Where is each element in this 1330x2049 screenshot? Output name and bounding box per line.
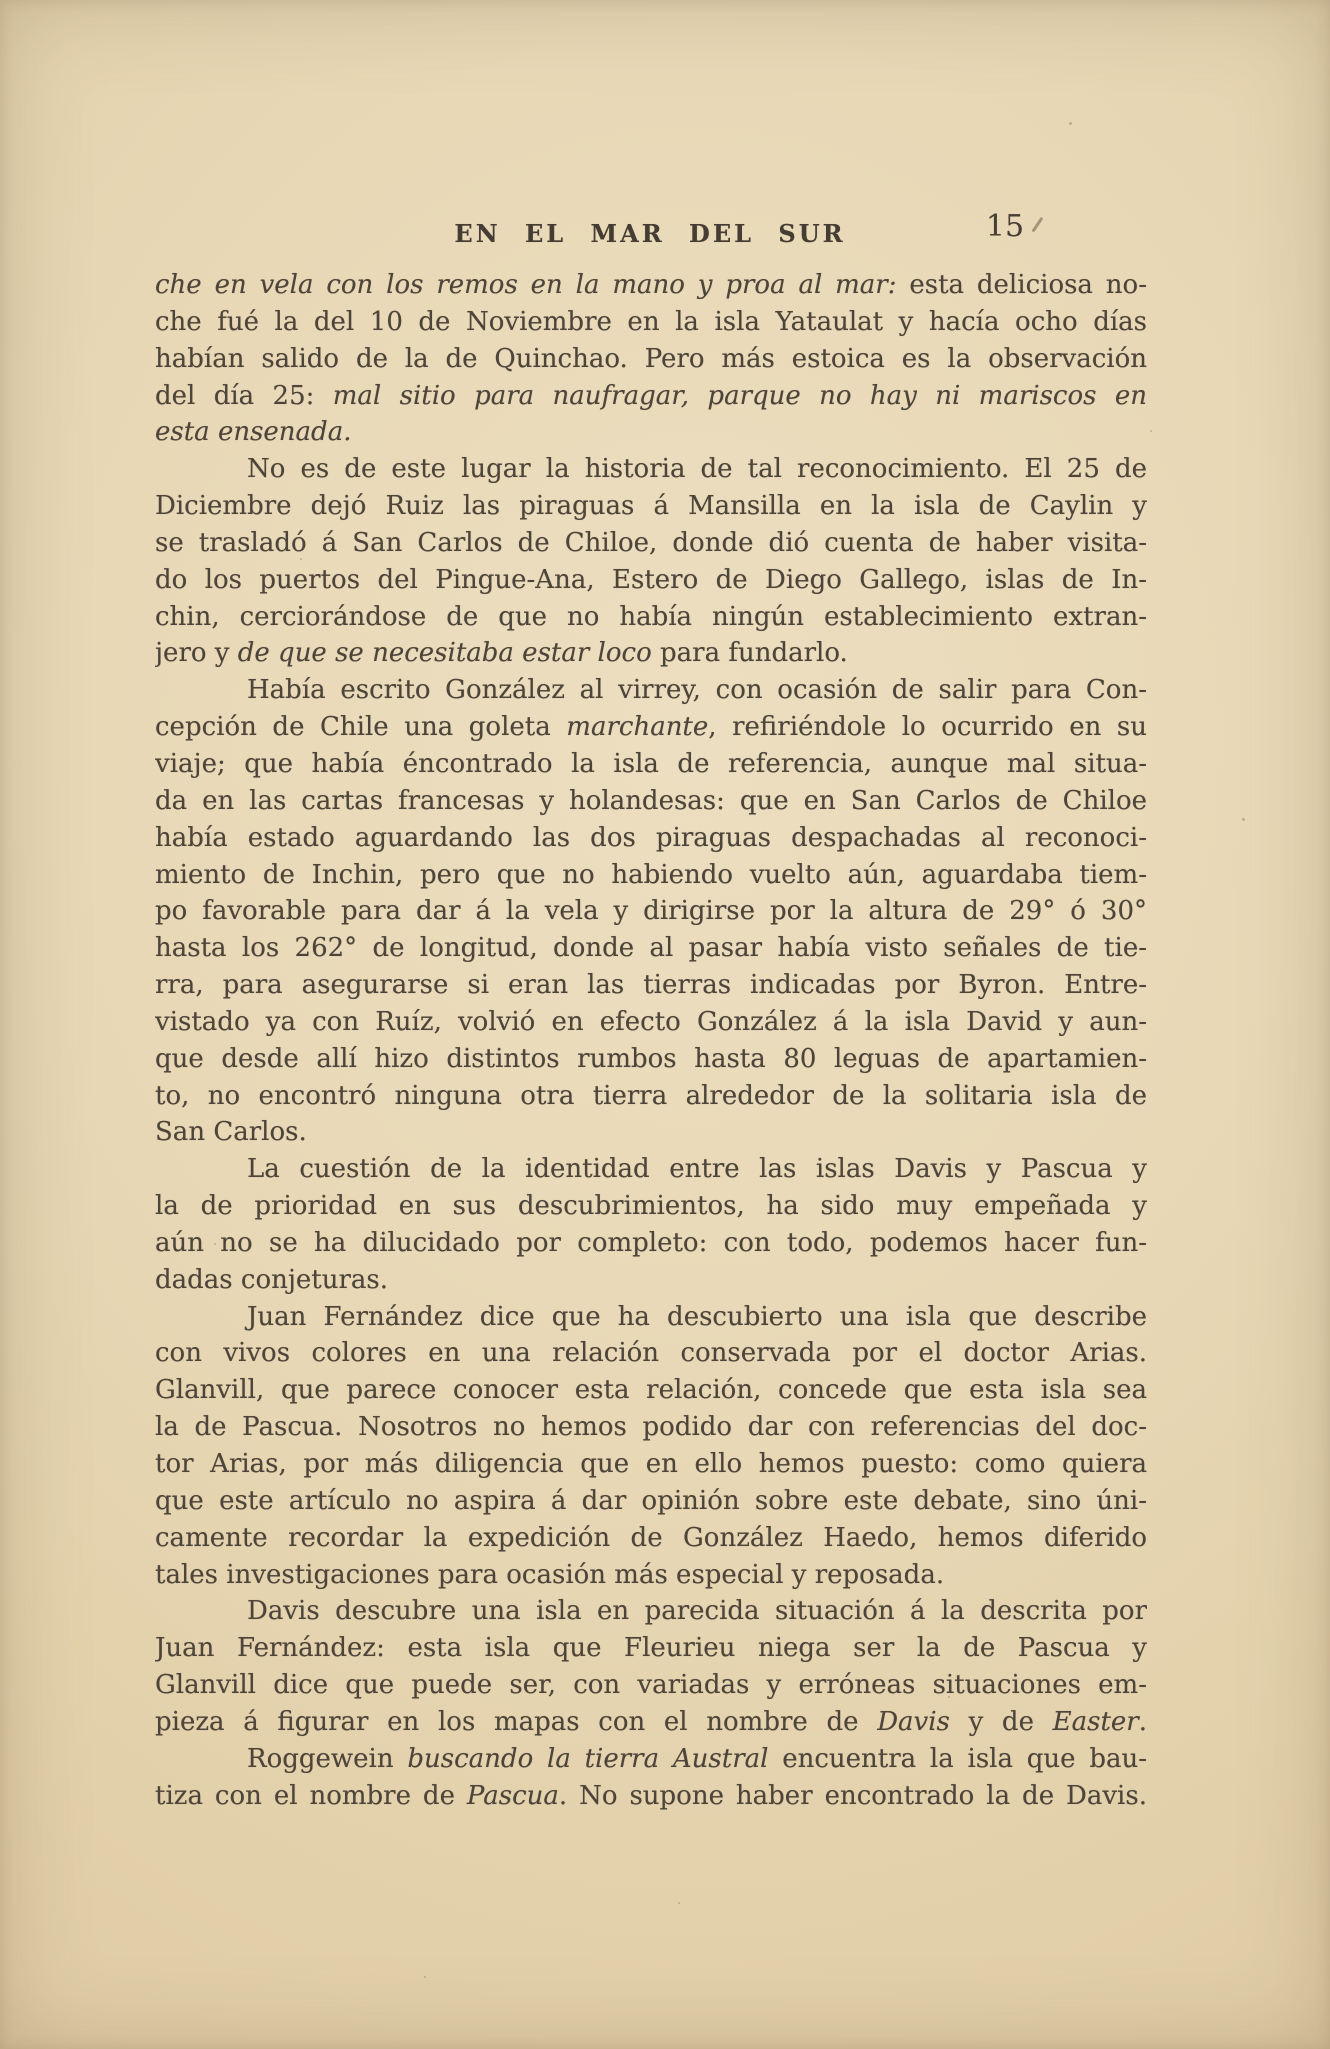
text-segment: se trasladó á San Carlos de Chiloe, dond…	[155, 528, 1147, 558]
text-segment: miento de Inchin, pero que no habiendo v…	[155, 860, 1147, 890]
text-line: Había escrito González al virrey, con oc…	[155, 672, 1147, 709]
italic-text-segment: Easter	[1053, 1707, 1139, 1737]
text-line: la de Pascua. Nosotros no hemos podido d…	[155, 1409, 1147, 1446]
text-segment: Glanvill, que parece conocer esta relaci…	[155, 1375, 1147, 1405]
text-line: che fué la del 10 de Noviembre en la isl…	[155, 304, 1147, 341]
text-segment: pieza á figurar en los mapas con el nomb…	[155, 1707, 877, 1737]
text-line: Glanvill dice que puede ser, con variada…	[155, 1667, 1147, 1704]
text-line: jero y de que se necesitaba estar loco p…	[155, 635, 1147, 672]
text-line: to, no encontró ninguna otra tierra alre…	[155, 1078, 1147, 1115]
text-segment: vistado ya con Ruíz, volvió en efecto Go…	[155, 1007, 1147, 1037]
paper-speck	[214, 1243, 216, 1245]
italic-text-segment: esta ensenada.	[155, 417, 351, 447]
text-line: que este artículo no aspira á dar opinió…	[155, 1483, 1147, 1520]
text-line: la de prioridad en sus descubrimientos, …	[155, 1188, 1147, 1225]
text-line: tiza con el nombre de Pascua. No supone …	[155, 1778, 1147, 1815]
text-segment: la de Pascua. Nosotros no hemos podido d…	[155, 1412, 1147, 1442]
text-segment: No es de este lugar la historia de tal r…	[247, 454, 1147, 484]
text-line: Davis descubre una isla en parecida situ…	[155, 1593, 1147, 1630]
text-segment: esta deliciosa no-	[896, 270, 1147, 300]
text-line: do los puertos del Pingue-Ana, Estero de…	[155, 562, 1147, 599]
text-segment: Juan Fernández: esta isla que Fleurieu n…	[155, 1633, 1147, 1663]
text-segment: tales investigaciones para ocasión más e…	[155, 1560, 944, 1590]
italic-text-segment: che en vela con los remos en la mano y p…	[155, 270, 896, 300]
paper-speck	[522, 1052, 525, 1055]
text-segment: chin, cerciorándose de que no había ning…	[155, 602, 1147, 632]
text-line: San Carlos.	[155, 1114, 1147, 1151]
paper-speck	[1069, 122, 1072, 125]
text-line: tales investigaciones para ocasión más e…	[155, 1557, 1147, 1594]
paper-speck	[1242, 818, 1245, 821]
text-segment: da en las cartas francesas y holandesas:…	[155, 786, 1147, 816]
text-segment: . No supone haber encontrado la de Davis…	[559, 1781, 1147, 1811]
paper-speck	[1150, 430, 1152, 432]
text-segment: aún no se ha dilucidado por completo: co…	[155, 1228, 1147, 1258]
text-line: da en las cartas francesas y holandesas:…	[155, 783, 1147, 820]
text-line: Juan Fernández dice que ha descubierto u…	[155, 1299, 1147, 1336]
text-line: Juan Fernández: esta isla que Fleurieu n…	[155, 1630, 1147, 1667]
text-line: chin, cerciorándose de que no había ning…	[155, 599, 1147, 636]
page-number: 15	[950, 209, 1060, 244]
text-line: tor Arias, por más diligencia que en ell…	[155, 1446, 1147, 1483]
text-line: Glanvill, que parece conocer esta relaci…	[155, 1372, 1147, 1409]
text-line: aún no se ha dilucidado por completo: co…	[155, 1225, 1147, 1262]
text-line: que desde allí hizo distintos rumbos has…	[155, 1041, 1147, 1078]
text-line: che en vela con los remos en la mano y p…	[155, 267, 1147, 304]
text-line: dadas conjeturas.	[155, 1262, 1147, 1299]
text-segment: con vivos colores en una relación conser…	[155, 1338, 1147, 1368]
text-segment: dadas conjeturas.	[155, 1265, 388, 1295]
text-line: esta ensenada.	[155, 414, 1147, 451]
text-segment: do los puertos del Pingue-Ana, Estero de…	[155, 565, 1147, 595]
italic-text-segment: de que se necesitaba estar loco	[238, 638, 652, 668]
text-segment: San Carlos.	[155, 1117, 307, 1147]
text-line: habían salido de la de Quinchao. Pero má…	[155, 341, 1147, 378]
text-segment: jero y	[155, 638, 238, 668]
text-segment: camente recordar la expedición de Gonzál…	[155, 1523, 1147, 1553]
text-segment: la de prioridad en sus descubrimientos, …	[155, 1191, 1147, 1221]
text-segment: rra, para asegurarse si eran las tierras…	[155, 970, 1147, 1000]
text-segment: po favorable para dar á la vela y dirigi…	[155, 896, 1147, 926]
text-segment: Había escrito González al virrey, con oc…	[247, 675, 1147, 705]
paper-speck	[240, 360, 242, 362]
text-line: hasta los 262° de longitud, donde al pas…	[155, 930, 1147, 967]
text-line: Diciembre dejó Ruiz las piraguas á Mansi…	[155, 488, 1147, 525]
paper-speck	[424, 1976, 426, 1978]
italic-text-segment: buscando la tierra Austral	[407, 1744, 768, 1774]
text-line: del día 25: mal sitio para naufragar, pa…	[155, 378, 1147, 415]
page-body: che en vela con los remos en la mano y p…	[155, 267, 1147, 1814]
text-segment: to, no encontró ninguna otra tierra alre…	[155, 1081, 1147, 1111]
text-segment: para fundarlo.	[652, 638, 848, 668]
italic-text-segment: Pascua	[467, 1781, 559, 1811]
text-segment: que desde allí hizo distintos rumbos has…	[155, 1044, 1147, 1074]
text-segment: encuentra la isla que bau-	[768, 1744, 1147, 1774]
paper-speck	[948, 1696, 950, 1698]
text-segment: tor Arias, por más diligencia que en ell…	[155, 1449, 1147, 1479]
text-segment: tiza con el nombre de	[155, 1781, 467, 1811]
text-segment: habían salido de la de Quinchao. Pero má…	[155, 344, 1147, 374]
text-line: viaje; que había éncontrado la isla de r…	[155, 746, 1147, 783]
text-segment: che fué la del 10 de Noviembre en la isl…	[155, 307, 1147, 337]
text-line: con vivos colores en una relación conser…	[155, 1335, 1147, 1372]
text-segment: viaje; que había éncontrado la isla de r…	[155, 749, 1147, 779]
text-segment: .	[1139, 1707, 1147, 1737]
text-line: había estado aguardando las dos piraguas…	[155, 820, 1147, 857]
text-line: vistado ya con Ruíz, volvió en efecto Go…	[155, 1004, 1147, 1041]
italic-text-segment: marchante	[566, 712, 708, 742]
text-segment: del día 25:	[155, 381, 333, 411]
text-line: miento de Inchin, pero que no habiendo v…	[155, 857, 1147, 894]
text-segment: Juan Fernández dice que ha descubierto u…	[247, 1302, 1147, 1332]
text-line: camente recordar la expedición de Gonzál…	[155, 1520, 1147, 1557]
text-line: cepción de Chile una goleta marchante, r…	[155, 709, 1147, 746]
text-line: No es de este lugar la historia de tal r…	[155, 451, 1147, 488]
text-segment: hasta los 262° de longitud, donde al pas…	[155, 933, 1147, 963]
text-segment: y de	[950, 1707, 1053, 1737]
text-segment: había estado aguardando las dos piraguas…	[155, 823, 1147, 853]
text-segment: Glanvill dice que puede ser, con variada…	[155, 1670, 1147, 1700]
text-line: pieza á figurar en los mapas con el nomb…	[155, 1704, 1147, 1741]
italic-text-segment: mal sitio para naufragar, parque no hay …	[333, 381, 1147, 411]
text-segment: Diciembre dejó Ruiz las piraguas á Mansi…	[155, 491, 1147, 521]
text-segment: cepción de Chile una goleta	[155, 712, 566, 742]
text-segment: La cuestión de la identidad entre las is…	[247, 1154, 1147, 1184]
text-segment: Davis descubre una isla en parecida situ…	[247, 1596, 1147, 1626]
book-page: EN EL MAR DEL SUR 15 che en vela con los…	[0, 0, 1330, 2049]
text-line: po favorable para dar á la vela y dirigi…	[155, 893, 1147, 930]
paper-speck	[300, 558, 302, 560]
text-segment: que este artículo no aspira á dar opinió…	[155, 1486, 1147, 1516]
paper-speck	[678, 1902, 680, 1904]
text-segment: Roggewein	[247, 1744, 407, 1774]
text-segment: , refiriéndole lo ocurrido en su	[708, 712, 1147, 742]
text-line: Roggewein buscando la tierra Austral enc…	[155, 1741, 1147, 1778]
page-header-title: EN EL MAR DEL SUR	[454, 219, 845, 248]
text-line: La cuestión de la identidad entre las is…	[155, 1151, 1147, 1188]
text-line: se trasladó á San Carlos de Chiloe, dond…	[155, 525, 1147, 562]
text-line: rra, para asegurarse si eran las tierras…	[155, 967, 1147, 1004]
italic-text-segment: Davis	[877, 1707, 950, 1737]
